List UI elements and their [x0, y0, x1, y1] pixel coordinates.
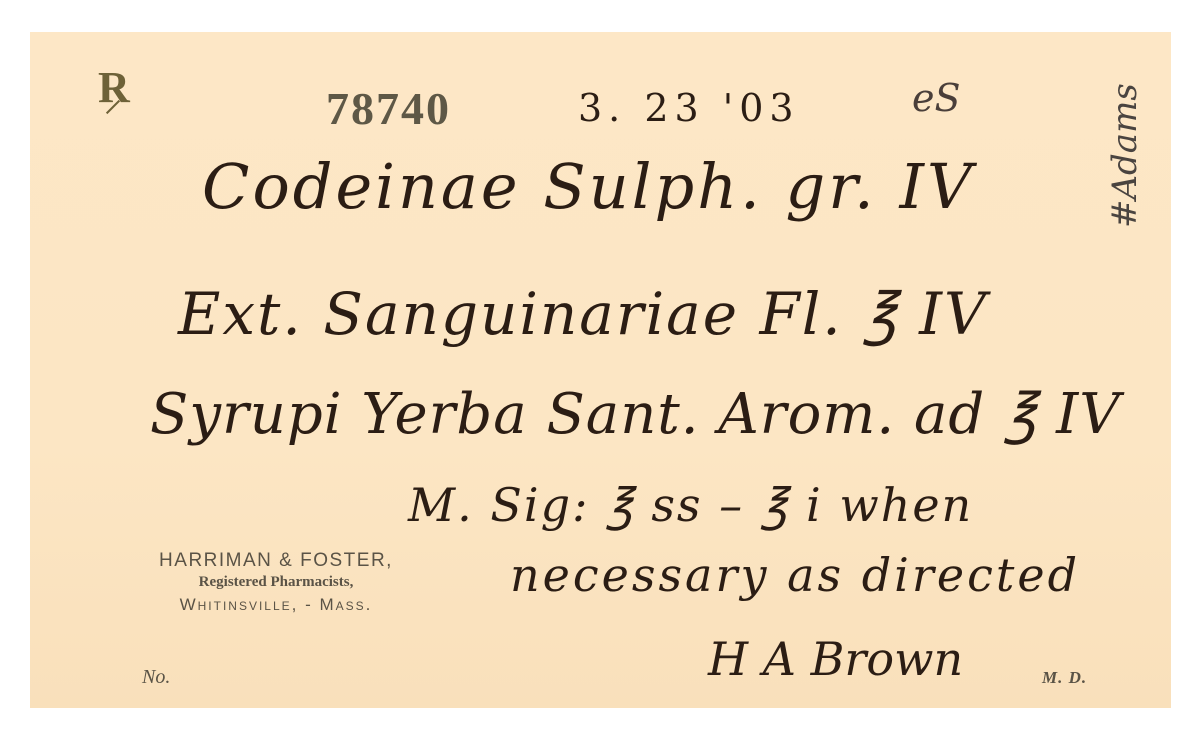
pharmacy-name: HARRIMAN & FOSTER, — [126, 550, 426, 572]
doctor-signature: H A Brown — [708, 632, 963, 686]
prescription-card: R 78740 3. 23 '03 eS #Adams Codeinae Sul… — [30, 32, 1171, 708]
prescription-number: 78740 — [326, 82, 451, 135]
prescription-date: 3. 23 '03 — [578, 86, 800, 130]
pharmacy-subtitle: Registered Pharmacists, — [126, 574, 426, 591]
pharmacy-town: Whitinsville, - Mass. — [126, 595, 426, 615]
directions-line-2: necessary as directed — [510, 548, 1080, 602]
pharmacist-initials: eS — [912, 76, 961, 120]
patient-name-note: #Adams — [1105, 83, 1145, 228]
prescription-line-2: Ext. Sanguinariae Fl. ℥ IV — [178, 280, 988, 348]
prescription-line-1: Codeinae Sulph. gr. IV — [202, 150, 975, 223]
md-label: M. D. — [1042, 668, 1087, 688]
pharmacy-imprint: HARRIMAN & FOSTER, Registered Pharmacist… — [126, 550, 426, 615]
directions-line-1: M. Sig: ℥ ss – ℥ i when — [408, 478, 973, 532]
number-label: No. — [142, 666, 170, 689]
prescription-line-3: Syrupi Yerba Sant. Arom. ad ℥ IV — [150, 382, 1121, 447]
